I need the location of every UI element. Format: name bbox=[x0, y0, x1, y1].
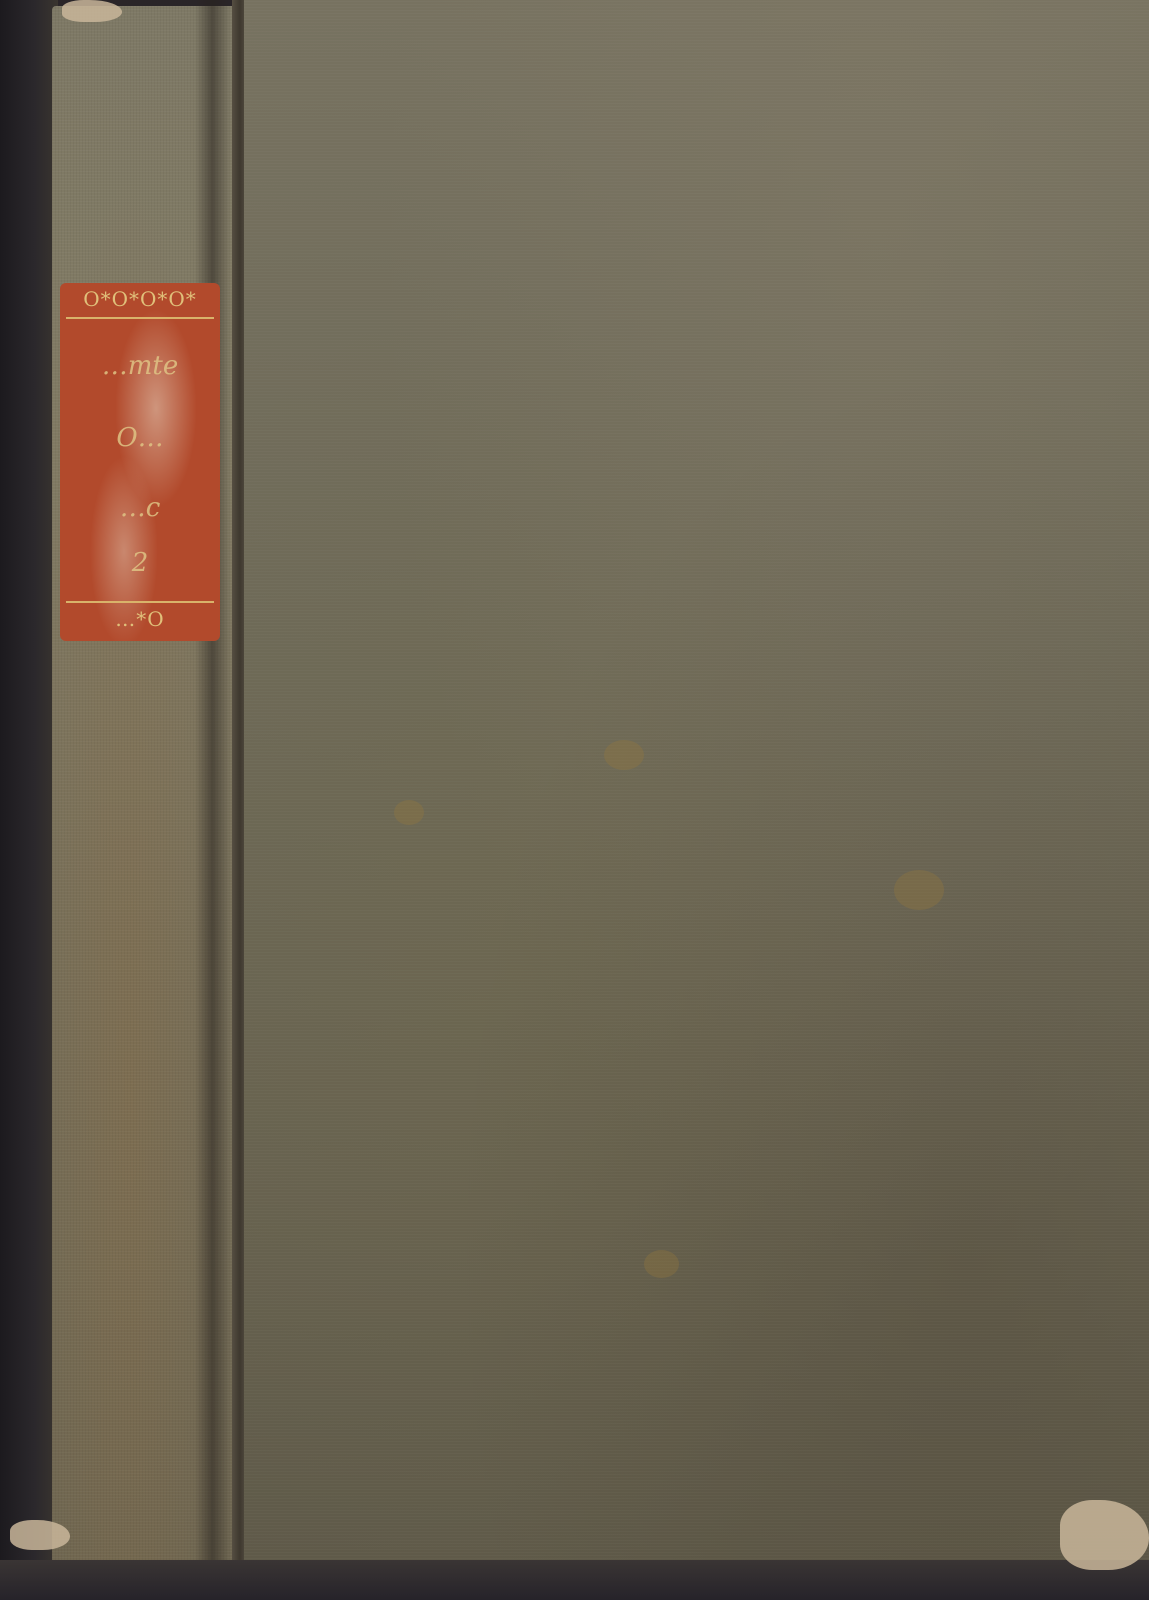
label-title-line: …c bbox=[60, 493, 220, 523]
label-volume-number: 2 bbox=[60, 548, 220, 578]
spine-shadow bbox=[195, 0, 230, 1560]
book-photo: O*O*O*O* …mte O… …c 2 …*O bbox=[0, 0, 1149, 1600]
background-edge bbox=[0, 0, 58, 1600]
worn-corner-top bbox=[62, 0, 122, 22]
stain bbox=[894, 870, 944, 910]
front-cover bbox=[244, 0, 1149, 1565]
stain bbox=[394, 800, 424, 825]
label-rule bbox=[66, 317, 214, 319]
label-title-line: O… bbox=[60, 423, 220, 453]
spine-label: O*O*O*O* …mte O… …c 2 …*O bbox=[60, 283, 220, 641]
bottom-edge bbox=[0, 1560, 1149, 1600]
label-title-line: …mte bbox=[60, 351, 220, 381]
label-ornament-top: O*O*O*O* bbox=[60, 287, 220, 311]
worn-corner-bottom-spine bbox=[10, 1520, 70, 1550]
label-rule bbox=[66, 601, 214, 603]
stain bbox=[644, 1250, 679, 1278]
label-ornament-bottom: …*O bbox=[60, 607, 220, 631]
stain bbox=[604, 740, 644, 770]
